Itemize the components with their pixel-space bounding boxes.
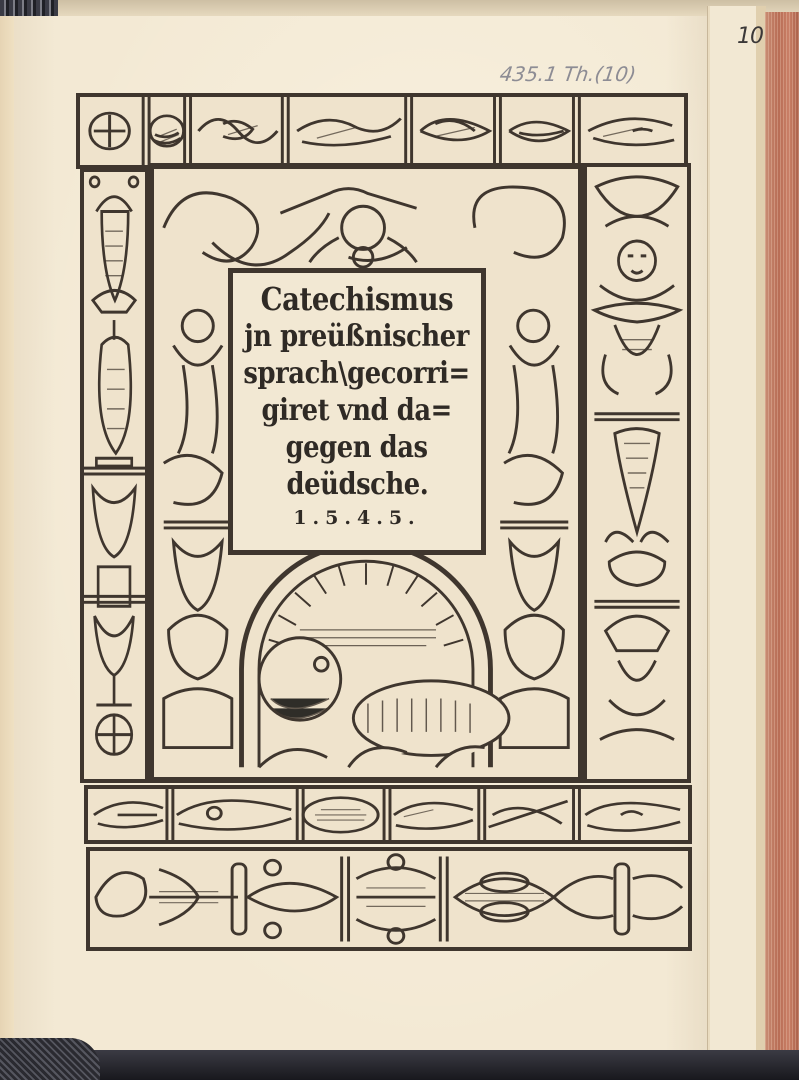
- publication-year: 1.5.4.5.: [293, 507, 420, 529]
- binding-bottom: [0, 1050, 799, 1080]
- title-line-2: jn preüßnischer: [245, 318, 470, 355]
- foliage-frieze-icon: [80, 97, 684, 165]
- right-border-column: [583, 163, 691, 783]
- bottom-border-frieze-lower: [86, 847, 692, 951]
- foliage-frieze-icon: [90, 851, 688, 947]
- next-page-edge: [707, 6, 766, 1060]
- title-line-5: gegen das: [286, 429, 428, 466]
- title-cartouche: Catechismus jn preüßnischer sprach\gecor…: [228, 268, 486, 555]
- left-border-column: [80, 168, 149, 783]
- title-line-1: Catechismus: [261, 281, 454, 318]
- red-page-edges: [765, 12, 799, 1060]
- candelabra-column-icon: [84, 172, 145, 779]
- left-page-spine: [0, 16, 15, 1056]
- title-line-4: giret vnd da=: [262, 392, 452, 429]
- foliage-frieze-icon: [88, 789, 688, 840]
- top-border-frieze: [76, 93, 688, 169]
- title-line-6: deüdsche.: [286, 466, 428, 503]
- title-line-3: sprach\gecorri=: [244, 355, 470, 392]
- page-number: 10: [737, 24, 763, 49]
- shelfmark: 435.1 Th.(10): [498, 62, 637, 86]
- green-man-column-icon: [587, 167, 687, 779]
- binding-bottom-left: [0, 1038, 100, 1080]
- page-top-edge: [58, 0, 799, 16]
- bottom-border-frieze-upper: [84, 785, 692, 844]
